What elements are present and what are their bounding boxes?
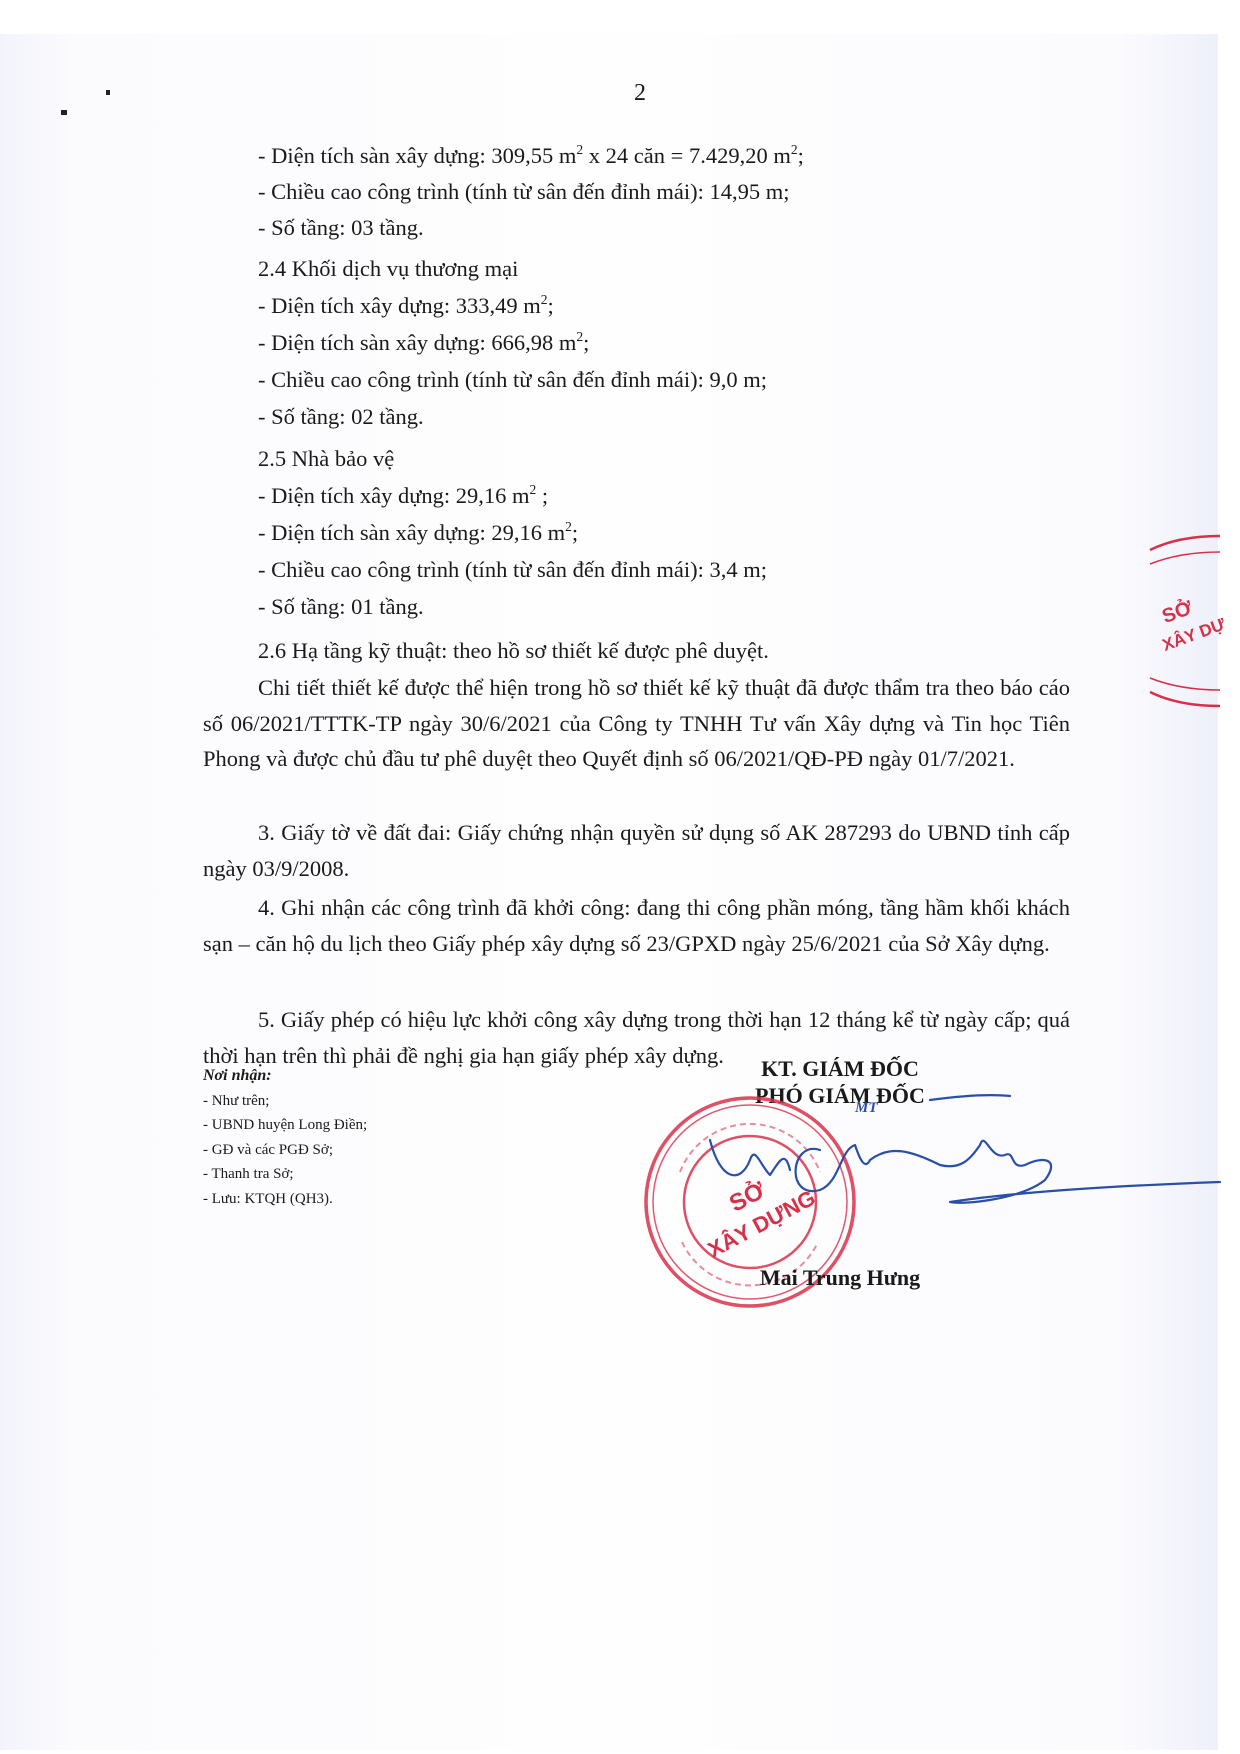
recipients-title: Nơi nhận: — [203, 1064, 367, 1089]
section-heading-2-5: 2.5 Nhà bảo vệ — [258, 448, 394, 471]
build-area-line: - Diện tích xây dựng: 333,49 m2; — [258, 295, 554, 318]
scan-speck — [61, 110, 67, 115]
signer-title-primary: KT. GIÁM ĐỐC — [660, 1056, 1020, 1082]
height-line: - Chiều cao công trình (tính từ sân đến … — [258, 559, 767, 582]
handwritten-signature-icon: MT — [660, 1090, 1220, 1230]
land-documents-paragraph: 3. Giấy tờ về đất đai: Giấy chứng nhận q… — [203, 815, 1070, 886]
height-line: - Chiều cao công trình (tính từ sân đến … — [258, 369, 767, 392]
floors-line: - Số tầng: 01 tầng. — [258, 596, 424, 619]
floors-line: - Số tầng: 02 tầng. — [258, 406, 424, 429]
recipient-item: - Thanh tra Sở; — [203, 1162, 367, 1187]
recipient-item: - UBND huyện Long Điền; — [203, 1113, 367, 1138]
svg-text:SỞ: SỞ — [1159, 595, 1197, 628]
recipient-item: - Lưu: KTQH (QH3). — [203, 1187, 367, 1212]
floors-line: - Số tầng: 03 tầng. — [258, 217, 424, 240]
page-number: 2 — [0, 80, 1240, 107]
section-heading-2-6: 2.6 Hạ tầng kỹ thuật: theo hồ sơ thiết k… — [258, 640, 769, 663]
signer-name: Mai Trung Hưng — [690, 1265, 990, 1291]
section-heading-2-4: 2.4 Khối dịch vụ thương mại — [258, 258, 518, 281]
build-area-line: - Diện tích xây dựng: 29,16 m2 ; — [258, 485, 548, 508]
floor-area-line: - Diện tích sàn xây dựng: 29,16 m2; — [258, 522, 578, 545]
recipient-item: - GĐ và các PGĐ Sở; — [203, 1138, 367, 1163]
design-detail-paragraph: Chi tiết thiết kế được thể hiện trong hồ… — [203, 670, 1070, 777]
height-line: - Chiều cao công trình (tính từ sân đến … — [258, 181, 789, 204]
floor-area-line: - Diện tích sàn xây dựng: 309,55 m2 x 24… — [258, 145, 804, 168]
started-works-paragraph: 4. Ghi nhận các công trình đã khởi công:… — [203, 890, 1070, 961]
edge-stamp-icon: SỞ XÂY DỰ — [1140, 520, 1220, 720]
svg-text:MT: MT — [854, 1100, 878, 1116]
recipient-item: - Như trên; — [203, 1089, 367, 1114]
floor-area-line: - Diện tích sàn xây dựng: 666,98 m2; — [258, 332, 589, 355]
recipients-block: Nơi nhận: - Như trên; - UBND huyện Long … — [203, 1064, 367, 1211]
